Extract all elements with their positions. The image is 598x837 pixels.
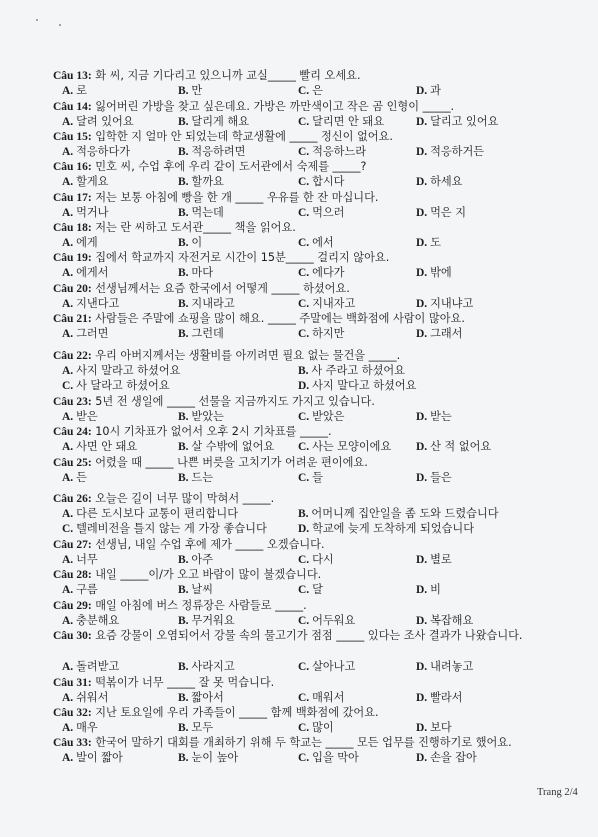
option-text: 빨라서 [430,691,462,704]
answer-option-c[interactable]: C. 적응하느라 [298,145,366,159]
option-key: C. [62,523,76,535]
option-key: D. [416,298,430,310]
option-key: D. [416,722,430,734]
answer-option-d[interactable]: D. 보다 [416,721,452,735]
answer-option-a[interactable]: A. 발이 짧아 [62,751,123,765]
question-number: Câu 23: [53,396,92,408]
answer-option-d[interactable]: D. 먹은 지 [416,206,466,220]
option-key: B. [178,692,191,704]
answer-option-b[interactable]: B. 적응하려면 [178,145,245,159]
question-text: 매일 아침에 버스 정류장은 사람들로 _____. [92,599,307,612]
answer-option-a[interactable]: A. 에게 [62,236,98,250]
answer-option-a[interactable]: A. 먹거나 [62,206,108,220]
answer-option-d[interactable]: D. 과 [416,84,441,98]
question-number: Câu 24: [53,426,92,438]
answer-option-b[interactable]: B. 드는 [178,471,213,485]
answer-option-d[interactable]: D. 밖에 [416,266,452,280]
options-row: A. 에게서B. 마다C. 에다가D. 밖에 [62,266,582,280]
answer-option-a[interactable]: A. 든 [62,471,87,485]
option-text: 사 주라고 하셨어요 [311,364,405,377]
option-text: 먹으러 [312,206,344,219]
exam-page: Trang 2/4 Câu 13: 화 씨, 지금 기다리고 있으니까 교실__… [0,0,598,837]
option-key: A. [62,752,76,764]
answer-option-a[interactable]: A. 사지 말라고 하셨어요 [62,364,180,378]
option-text: 많이 [312,721,334,734]
option-key: A. [62,554,76,566]
question-stem: Câu 15: 입학한 지 얼마 안 되었는데 학교생활에 _____ 정신이 … [53,130,573,144]
answer-option-b[interactable]: B. 할까요 [178,175,224,189]
option-key: A. [62,328,76,340]
answer-option-a[interactable]: A. 에게서 [62,266,108,280]
option-key: D. [416,176,430,188]
option-key: B. [178,661,191,673]
answer-option-d[interactable]: D. 사지 말다고 하셨어요 [298,379,416,393]
option-text: 그래서 [430,327,462,340]
answer-option-c[interactable]: C. 달 [298,583,323,597]
option-text: 할게요 [76,175,108,188]
question-number: Câu 13: [53,70,92,82]
options-row: A. 너무B. 아주C. 다시D. 별로 [62,553,582,567]
answer-option-b[interactable]: B. 만 [178,84,202,98]
option-key: B. [178,176,191,188]
question-stem: Câu 16: 민호 씨, 수업 후에 우리 같이 도서관에서 숙제를 ____… [53,160,573,174]
option-key: D. [416,85,430,97]
answer-option-a[interactable]: A. 그러면 [62,327,108,341]
answer-option-d[interactable]: D. 도 [416,236,441,250]
option-key: C. [298,441,312,453]
question-stem: Câu 20: 선생님께서는 요즘 한국에서 어떻게 _____ 하셨어요. [53,282,573,296]
answer-option-b[interactable]: B. 모두 [178,721,213,735]
options-row: A. 그러면B. 그런데C. 하지만D. 그래서 [62,327,582,341]
answer-option-c[interactable]: C. 어두워요 [298,614,355,628]
answer-option-c[interactable]: C. 지내자고 [298,297,355,311]
answer-option-d[interactable]: D. 지내냐고 [416,297,473,311]
answer-option-d[interactable]: D. 받는 [416,410,452,424]
question-text: 입학한 지 얼마 안 되었는데 학교생활에 _____ 정신이 없어요. [92,130,393,143]
question-number: Câu 18: [53,222,92,234]
option-text: 드는 [191,471,213,484]
option-key: A. [62,722,76,734]
option-key: B. [178,116,191,128]
answer-option-d[interactable]: D. 달리고 있어요 [416,115,498,129]
question-number: Câu 30: [53,630,92,642]
answer-option-b[interactable]: B. 그런데 [178,327,224,341]
option-text: 매워서 [312,691,344,704]
option-text: 다른 도시보다 교통이 편리합니다 [76,507,238,520]
option-text: 받았는 [191,410,223,423]
option-text: 든 [76,471,87,484]
option-key: B. [298,508,311,520]
answer-option-d[interactable]: D. 별로 [416,553,452,567]
option-key: D. [416,692,430,704]
question-stem: Câu 21: 사람들은 주말에 쇼핑을 많이 해요. _____ 주말에는 백… [53,312,573,326]
option-text: 먹은 지 [430,206,466,219]
answer-option-c[interactable]: C. 다시 [298,553,334,567]
question-stem: Câu 13: 화 씨, 지금 기다리고 있으니까 교실_____ 빨리 오세요… [53,69,573,83]
option-key: C. [298,85,312,97]
option-text: 에서 [312,236,334,249]
option-text: 발이 짧아 [76,751,123,764]
option-key: D. [416,584,430,596]
answer-option-b[interactable]: B. 받았는 [178,410,224,424]
question-stem: Câu 33: 한국어 말하기 대회를 개최하기 위해 두 학교는 _____ … [53,736,573,750]
question-number: Câu 31: [53,677,92,689]
option-key: A. [62,615,76,627]
question-text: 내일 _____이/가 오고 바람이 많이 불겠습니다. [92,568,322,581]
option-text: 달리게 해요 [191,115,249,128]
answer-option-a[interactable]: A. 매우 [62,721,98,735]
answer-option-c[interactable]: C. 들 [298,471,323,485]
option-text: 지내냐고 [430,297,473,310]
answer-option-c[interactable]: C. 사는 모양이에요 [298,440,391,454]
option-key: A. [62,207,76,219]
question-text: 저는 보통 아침에 빵을 한 개 _____ 우유를 한 잔 마십니다. [92,191,379,204]
answer-option-d[interactable]: D. 그래서 [416,327,462,341]
option-text: 하지만 [312,327,344,340]
option-text: 달리고 있어요 [430,115,498,128]
option-text: 충분해요 [76,614,119,627]
options-row: A. 먹거나B. 먹는데C. 먹으러D. 먹은 지 [62,206,582,220]
option-text: 적응하거든 [430,145,484,158]
question-stem: Câu 27: 선생님, 내일 수업 후에 제가 _____ 오겠습니다. [53,538,573,552]
answer-option-d[interactable]: D. 내려놓고 [416,660,473,674]
question-number: Câu 29: [53,600,92,612]
scan-speck [59,24,61,26]
option-key: D. [416,267,430,279]
question-stem: Câu 29: 매일 아침에 버스 정류장은 사람들로 _____. [53,599,573,613]
option-key: C. [62,380,76,392]
option-text: 적응하다가 [76,145,130,158]
option-text: 로 [76,84,87,97]
option-key: D. [416,661,430,673]
option-text: 사라지고 [191,660,234,673]
option-text: 너무 [76,553,98,566]
question-text: 떡볶이가 너무 _____ 잘 못 먹습니다. [92,676,275,689]
question-text: 집에서 학교까지 자전거로 시간이 15분_____ 걸리지 않아요. [92,251,390,264]
answer-option-a[interactable]: A. 달려 있어요 [62,115,134,129]
answer-option-c[interactable]: C. 달리면 안 돼요 [298,115,384,129]
option-text: 내려놓고 [430,660,473,673]
options-row: A. 구름B. 날씨C. 달D. 비 [62,583,582,597]
option-text: 도 [430,236,441,249]
option-key: C. [298,176,312,188]
option-text: 이 [191,236,202,249]
answer-option-c[interactable]: C. 은 [298,84,323,98]
option-text: 달리면 안 돼요 [312,115,384,128]
answer-option-c[interactable]: C. 살아나고 [298,660,355,674]
question-text: 10시 기차표가 없어서 오후 2시 기차표를 _____. [92,425,332,438]
answer-option-d[interactable]: D. 비 [416,583,441,597]
options-row: A. 에게B. 이C. 에서D. 도 [62,236,582,250]
option-text: 달려 있어요 [76,115,134,128]
question-stem: Câu 31: 떡볶이가 너무 _____ 잘 못 먹습니다. [53,676,573,690]
answer-option-a[interactable]: A. 로 [62,84,87,98]
answer-option-a[interactable]: A. 다른 도시보다 교통이 편리합니다 [62,507,238,521]
options-row: A. 적응하다가B. 적응하려면C. 적응하느라D. 적응하거든 [62,145,582,159]
answer-option-c[interactable]: C. 입을 막아 [298,751,359,765]
answer-option-b[interactable]: B. 이 [178,236,202,250]
option-key: C. [298,298,312,310]
option-key: B. [178,328,191,340]
option-text: 합시다 [312,175,344,188]
question-stem: Câu 17: 저는 보통 아침에 빵을 한 개 _____ 우유를 한 잔 마… [53,191,573,205]
answer-option-a[interactable]: A. 충분해요 [62,614,119,628]
answer-option-d[interactable]: D. 하세요 [416,175,462,189]
option-key: D. [416,237,430,249]
option-text: 사지 말다고 하셨어요 [312,379,416,392]
answer-option-b[interactable]: B. 무거워요 [178,614,235,628]
option-key: A. [62,508,76,520]
option-key: B. [178,207,191,219]
option-key: C. [298,116,312,128]
options-row: A. 발이 짧아B. 눈이 높아C. 입을 막아D. 손을 잡아 [62,751,582,765]
option-key: B. [178,85,191,97]
option-text: 만 [191,84,202,97]
question-text: 저는 란 씨하고 도서관_____ 책을 읽어요. [92,221,296,234]
answer-option-a[interactable]: A. 구름 [62,583,98,597]
option-key: A. [62,85,76,97]
option-text: 사지 말라고 하셨어요 [76,364,180,377]
option-text: 적응하느라 [312,145,366,158]
option-text: 에게 [76,236,98,249]
question-number: Câu 22: [53,350,92,362]
option-text: 산 적 없어요 [430,440,491,453]
answer-option-c[interactable]: C. 텔레비전을 틀지 않는 게 가장 좋습니다 [62,522,267,536]
option-key: B. [178,411,191,423]
option-text: 어머니께 집안일을 좀 도와 드렸습니다 [311,507,498,520]
answer-option-c[interactable]: C. 합시다 [298,175,344,189]
option-key: C. [298,237,312,249]
option-key: D. [416,752,430,764]
option-key: C. [298,615,312,627]
option-text: 하세요 [430,175,462,188]
answer-option-c[interactable]: C. 많이 [298,721,334,735]
option-text: 살아나고 [312,660,355,673]
option-key: A. [62,661,76,673]
option-text: 사면 안 돼요 [76,440,137,453]
answer-option-b[interactable]: B. 짧아서 [178,691,224,705]
option-key: B. [178,267,191,279]
option-text: 먹는데 [191,206,223,219]
option-text: 구름 [76,583,98,596]
option-key: A. [62,441,76,453]
answer-option-b[interactable]: B. 사라지고 [178,660,235,674]
option-key: A. [62,298,76,310]
option-text: 사는 모양이에요 [312,440,391,453]
answer-option-a[interactable]: A. 돌려받고 [62,660,119,674]
answer-option-d[interactable]: D. 들은 [416,471,452,485]
answer-option-b[interactable]: B. 날씨 [178,583,213,597]
option-key: B. [178,298,191,310]
option-text: 들 [312,471,323,484]
option-key: C. [298,472,312,484]
question-number: Câu 21: [53,313,92,325]
answer-option-b[interactable]: B. 지내라고 [178,297,235,311]
option-key: B. [178,472,191,484]
options-row: A. 든B. 드는C. 들D. 들은 [62,471,582,485]
answer-option-d[interactable]: D. 복잡해요 [416,614,473,628]
option-key: A. [62,365,76,377]
options-row: A. 사지 말라고 하셨어요B. 사 주라고 하셨어요 [62,364,582,378]
answer-option-b[interactable]: B. 아주 [178,553,213,567]
options-row: A. 받은B. 받았는C. 받았은D. 받는 [62,410,582,424]
option-text: 그러면 [76,327,108,340]
answer-option-c[interactable]: C. 에다가 [298,266,344,280]
option-key: B. [178,752,191,764]
option-text: 쉬워서 [76,691,108,704]
question-stem: Câu 19: 집에서 학교까지 자전거로 시간이 15분_____ 걸리지 않… [53,251,573,265]
scan-speck [36,19,38,21]
option-key: A. [62,146,76,158]
option-text: 다시 [312,553,334,566]
option-key: B. [178,584,191,596]
option-text: 할까요 [191,175,223,188]
question-text: 선생님, 내일 수업 후에 제가 _____ 오겠습니다. [92,538,325,551]
option-text: 텔레비전을 틀지 않는 게 가장 좋습니다 [76,522,267,535]
question-number: Câu 16: [53,161,92,173]
question-number: Câu 19: [53,252,92,264]
answer-option-d[interactable]: D. 학교에 늦게 도착하게 되었습니다 [298,522,474,536]
answer-option-d[interactable]: D. 적응하거든 [416,145,484,159]
answer-option-a[interactable]: A. 너무 [62,553,98,567]
option-text: 밖에 [430,266,452,279]
option-text: 달 [312,583,323,596]
question-number: Câu 26: [53,493,92,505]
option-key: C. [298,146,312,158]
question-number: Câu 27: [53,539,92,551]
option-text: 에다가 [312,266,344,279]
question-number: Câu 14: [53,101,92,113]
question-number: Câu 20: [53,283,92,295]
option-text: 받은 [76,410,98,423]
option-key: D. [416,441,430,453]
answer-option-b[interactable]: B. 사 주라고 하셨어요 [298,364,405,378]
option-key: B. [178,237,191,249]
option-key: A. [62,176,76,188]
option-text: 어두워요 [312,614,355,627]
answer-option-b[interactable]: B. 살 수밖에 없어요 [178,440,274,454]
option-text: 짧아서 [191,691,223,704]
question-stem: Câu 28: 내일 _____이/가 오고 바람이 많이 불겠습니다. [53,568,573,582]
answer-option-c[interactable]: C. 하지만 [298,327,344,341]
option-text: 사 달라고 하셨어요 [76,379,170,392]
question-text: 우리 아버지께서는 생활비를 아끼려면 필요 없는 물건을 _____. [92,349,401,362]
option-key: C. [298,661,312,673]
option-key: B. [178,441,191,453]
option-key: D. [416,146,430,158]
answer-option-d[interactable]: D. 산 적 없어요 [416,440,491,454]
option-key: D. [416,207,430,219]
options-row: A. 쉬워서B. 짧아서C. 매워서D. 빨라서 [62,691,582,705]
option-text: 별로 [430,553,452,566]
options-row: C. 사 달라고 하셨어요D. 사지 말다고 하셨어요 [62,379,582,393]
option-key: A. [62,692,76,704]
option-text: 들은 [430,471,452,484]
question-stem: Câu 23: 5년 전 생일에 _____ 선물을 지금까지도 가지고 있습니… [53,395,573,409]
option-text: 지내자고 [312,297,355,310]
question-text: 화 씨, 지금 기다리고 있으니까 교실_____ 빨리 오세요. [92,69,361,82]
option-text: 먹거나 [76,206,108,219]
option-key: B. [298,365,311,377]
answer-option-a[interactable]: A. 할게요 [62,175,108,189]
options-row: A. 매우B. 모두C. 많이D. 보다 [62,721,582,735]
option-key: C. [298,752,312,764]
option-key: C. [298,554,312,566]
question-stem: Câu 22: 우리 아버지께서는 생활비를 아끼려면 필요 없는 물건을 __… [53,349,573,363]
answer-option-b[interactable]: B. 눈이 높아 [178,751,238,765]
answer-option-b[interactable]: B. 어머니께 집안일을 좀 도와 드렸습니다 [298,507,499,521]
option-key: B. [178,615,191,627]
answer-option-c[interactable]: C. 매워서 [298,691,344,705]
option-key: A. [62,584,76,596]
answer-option-a[interactable]: A. 사면 안 돼요 [62,440,137,454]
options-row: A. 돌려받고B. 사라지고C. 살아나고D. 내려놓고 [62,660,582,674]
option-key: D. [416,472,430,484]
answer-option-c[interactable]: C. 먹으러 [298,206,344,220]
answer-option-d[interactable]: D. 손을 잡아 [416,751,477,765]
options-row: A. 다른 도시보다 교통이 편리합니다B. 어머니께 집안일을 좀 도와 드렸… [62,507,582,521]
options-row: C. 텔레비전을 틀지 않는 게 가장 좋습니다D. 학교에 늦게 도착하게 되… [62,522,582,536]
question-stem: Câu 26: 오늘은 길이 너무 많이 막혀서 _____. [53,492,573,506]
option-key: D. [298,523,312,535]
answer-option-a[interactable]: A. 받은 [62,410,98,424]
option-key: C. [298,411,312,423]
answer-option-c[interactable]: C. 에서 [298,236,334,250]
options-row: A. 할게요B. 할까요C. 합시다D. 하세요 [62,175,582,189]
question-text: 요즘 강물이 오염되어서 강물 속의 물고기가 점점 _____ 있다는 조사 … [92,629,523,642]
option-key: D. [416,615,430,627]
question-text: 잃어버린 가방을 찾고 싶은데요. 가방은 까만색이고 작은 곰 인형이 ___… [92,100,454,113]
options-row: A. 로B. 만C. 은D. 과 [62,84,582,98]
option-key: A. [62,116,76,128]
option-text: 마다 [191,266,213,279]
page-number: Trang 2/4 [537,787,578,798]
option-text: 은 [312,84,323,97]
option-key: C. [298,328,312,340]
answer-option-c[interactable]: C. 사 달라고 하셨어요 [62,379,170,393]
question-text: 한국어 말하기 대회를 개최하기 위해 두 학교는 _____ 모든 업무를 진… [92,736,512,749]
answer-option-a[interactable]: A. 지낸다고 [62,297,119,311]
answer-option-a[interactable]: A. 쉬워서 [62,691,108,705]
answer-option-a[interactable]: A. 적응하다가 [62,145,130,159]
option-key: C. [298,584,312,596]
option-key: D. [416,411,430,423]
option-text: 날씨 [191,583,213,596]
question-stem: Câu 25: 어렸을 때 _____ 나쁜 버릇을 고치기가 어려운 편이에요… [53,456,573,470]
answer-option-d[interactable]: D. 빨라서 [416,691,462,705]
question-text: 어렸을 때 _____ 나쁜 버릇을 고치기가 어려운 편이에요. [92,456,368,469]
option-key: A. [62,411,76,423]
answer-option-b[interactable]: B. 달리게 해요 [178,115,249,129]
question-text: 오늘은 길이 너무 많이 막혀서 _____. [92,492,275,505]
answer-option-b[interactable]: B. 마다 [178,266,213,280]
option-key: D. [416,116,430,128]
options-row: A. 충분해요B. 무거워요C. 어두워요D. 복잡해요 [62,614,582,628]
answer-option-c[interactable]: C. 받았은 [298,410,344,424]
option-key: A. [62,237,76,249]
option-text: 모두 [191,721,213,734]
question-stem: Câu 18: 저는 란 씨하고 도서관_____ 책을 읽어요. [53,221,573,235]
question-number: Câu 25: [53,457,92,469]
question-text: 민호 씨, 수업 후에 우리 같이 도서관에서 숙제를 _____? [92,160,367,173]
options-row: A. 지낸다고B. 지내라고C. 지내자고D. 지내냐고 [62,297,582,311]
option-text: 그런데 [191,327,223,340]
option-key: B. [178,146,191,158]
option-text: 에게서 [76,266,108,279]
option-key: C. [298,692,312,704]
options-row: A. 사면 안 돼요B. 살 수밖에 없어요C. 사는 모양이에요D. 산 적 … [62,440,582,454]
answer-option-b[interactable]: B. 먹는데 [178,206,224,220]
